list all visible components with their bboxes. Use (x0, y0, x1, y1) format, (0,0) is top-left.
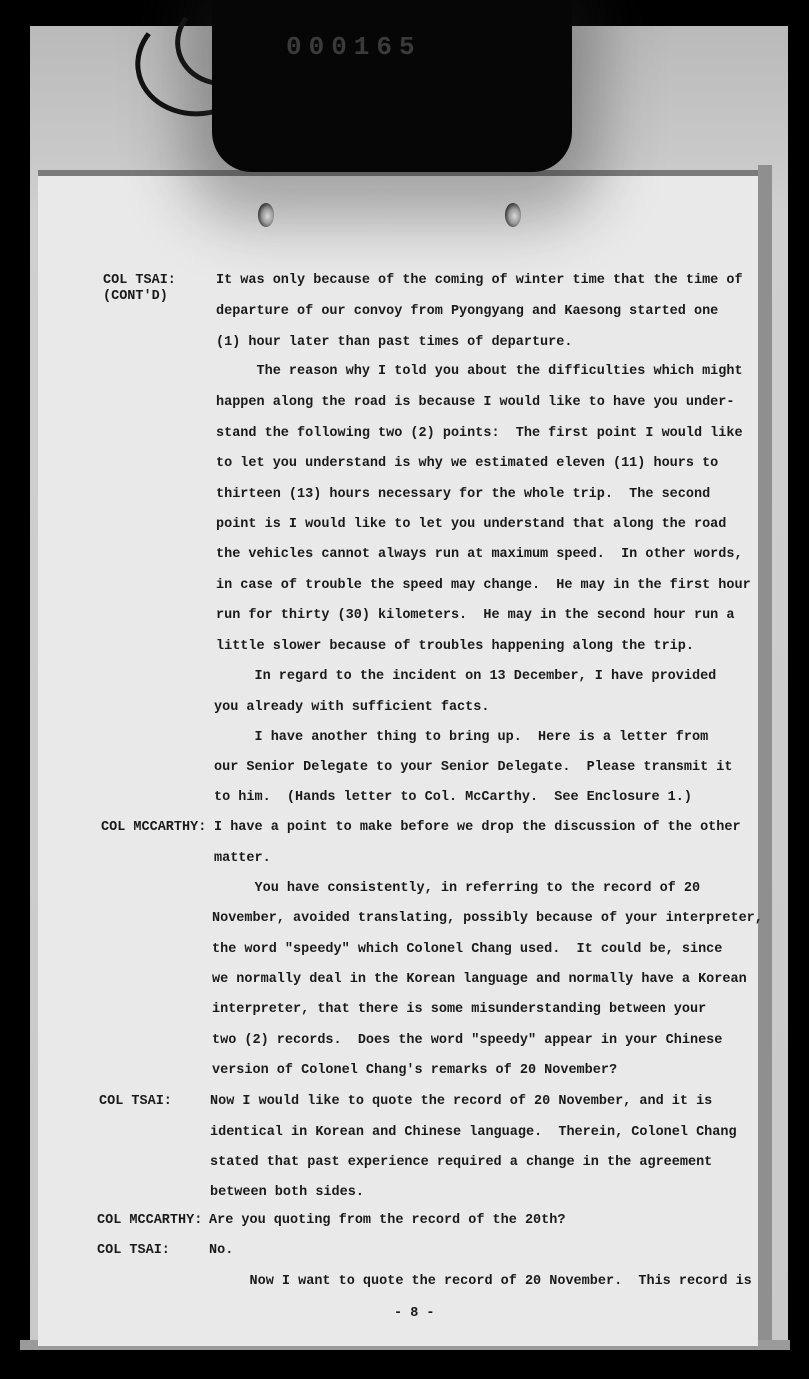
transcript-line: we normally deal in the Korean language … (212, 972, 747, 987)
transcript-line: It was only because of the coming of win… (216, 273, 743, 288)
transcript-line: our Senior Delegate to your Senior Deleg… (214, 760, 732, 775)
transcript-line: The reason why I told you about the diff… (216, 364, 743, 379)
transcript-line: November, avoided translating, possibly … (212, 911, 763, 926)
transcript-line: the vehicles cannot always run at maximu… (216, 547, 743, 562)
transcript-line: in case of trouble the speed may change.… (216, 578, 751, 593)
transcript-line: the word "speedy" which Colonel Chang us… (212, 942, 722, 957)
transcript-line: thirteen (13) hours necessary for the wh… (216, 487, 710, 502)
speaker-label: COL MCCARTHY: (97, 1213, 202, 1228)
speaker-label: COL TSAI: (97, 1243, 170, 1258)
transcript-line: little slower because of troubles happen… (216, 639, 694, 654)
transcript-line: run for thirty (30) kilometers. He may i… (216, 608, 734, 623)
speaker-label: COL TSAI: (99, 1094, 172, 1109)
transcript-line: happen along the road is because I would… (216, 395, 734, 410)
speaker-label: COL MCCARTHY: (101, 820, 206, 835)
transcript-line: In regard to the incident on 13 December… (214, 669, 716, 684)
transcript-line: departure of our convoy from Pyongyang a… (216, 304, 718, 319)
transcript-line: Are you quoting from the record of the 2… (209, 1213, 565, 1228)
transcript-line: stated that past experience required a c… (210, 1155, 712, 1170)
transcript-line: matter. (214, 851, 271, 866)
transcript-line: No. (209, 1243, 233, 1258)
transcript-line: Now I want to quote the record of 20 Nov… (209, 1274, 752, 1289)
transcript-line: you already with sufficient facts. (214, 700, 489, 715)
transcript-line: You have consistently, in referring to t… (214, 881, 700, 896)
transcript-line: to let you understand is why we estimate… (216, 456, 718, 471)
transcript-line: identical in Korean and Chinese language… (210, 1125, 737, 1140)
transcript-line: version of Colonel Chang's remarks of 20… (212, 1063, 617, 1078)
speaker-continued-label: (CONT'D) (103, 289, 168, 304)
speaker-label: COL TSAI: (103, 273, 176, 288)
transcript-line: stand the following two (2) points: The … (216, 426, 743, 441)
transcript-line: I have another thing to bring up. Here i… (214, 730, 708, 745)
transcript-line: (1) hour later than past times of depart… (216, 335, 572, 350)
transcript-line: point is I would like to let you underst… (216, 517, 726, 532)
transcript-line: to him. (Hands letter to Col. McCarthy. … (214, 790, 692, 805)
transcript-line: two (2) records. Does the word "speedy" … (212, 1033, 722, 1048)
transcript-body: COL TSAI: (CONT'D) It was only because o… (0, 0, 809, 1379)
transcript-line: between both sides. (210, 1185, 364, 1200)
transcript-line: I have a point to make before we drop th… (214, 820, 741, 835)
page-number: - 8 - (394, 1306, 435, 1321)
transcript-line: Now I would like to quote the record of … (210, 1094, 712, 1109)
transcript-line: interpreter, that there is some misunder… (212, 1002, 706, 1017)
